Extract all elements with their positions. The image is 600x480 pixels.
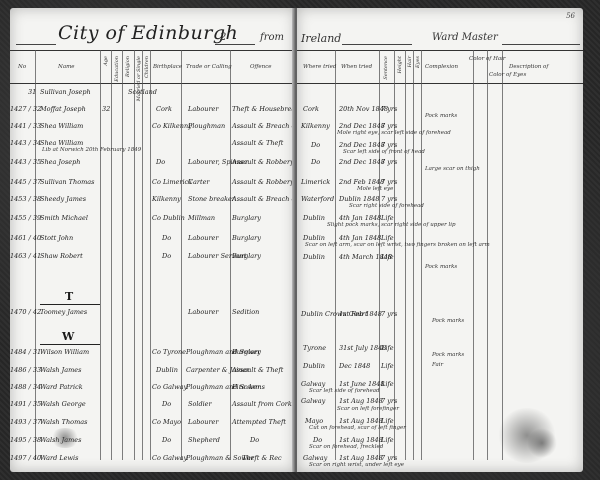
page-title: City of Edinburgh (58, 22, 238, 44)
row-birthplace: Dublin (156, 366, 178, 374)
row-sentence: Life (381, 253, 394, 261)
row-where: Dublin (303, 253, 325, 261)
row-sentence: 7 yrs (381, 105, 397, 113)
col-header-where-tried: Where tried (303, 64, 336, 70)
row-name: Toomey James (40, 308, 87, 316)
title-rule (342, 44, 412, 45)
row-sentence: Life (381, 214, 394, 222)
row-birthplace: Co Kilkenny (152, 122, 192, 130)
row-where: Do (311, 158, 320, 166)
row-sentence: 7 yrs (381, 122, 397, 130)
row-age: 32 (102, 105, 110, 113)
column-divider (335, 50, 336, 460)
column-divider (142, 50, 143, 460)
column-divider (413, 50, 414, 460)
row-where: Limerick (301, 178, 330, 186)
row-trade: Stone breaker (188, 195, 235, 203)
row-marks: Large scar on thigh (425, 166, 480, 172)
page-number: 56 (566, 12, 575, 20)
col-header-birthplace: Birthplace (153, 64, 182, 70)
row-when: 1st Aug 1848 (339, 436, 383, 444)
row-offence: Fire Arms (232, 383, 265, 391)
row-where: Do (313, 436, 322, 444)
row-no: 1488 / 34 (10, 383, 41, 391)
row-sentence: Life (381, 344, 394, 352)
row-where: Dublin (303, 214, 325, 222)
row-marks: Fair (432, 362, 443, 368)
row-no: 1470 / 42 (10, 308, 41, 316)
col-header-color-eyes: Color of Eyes (489, 72, 526, 78)
row-when: 4th Jan 1848 (339, 214, 381, 222)
row-name: Shea William (40, 139, 83, 147)
register-left-page: City of Edinburgh 2 from No Name Age Edu… (10, 8, 295, 472)
row-sentence: 7 yrs (381, 141, 397, 149)
column-divider (150, 50, 151, 460)
row-birthplace: Do (162, 436, 171, 444)
row-offence: Do (250, 436, 259, 444)
row-name: Wilson William (40, 348, 89, 356)
row-trade: Labourer (188, 234, 219, 242)
row-name: Moffat Joseph (40, 105, 86, 113)
row-offence: Theft & Rec (242, 454, 282, 462)
row-name: Ward Patrick (40, 383, 83, 391)
row-where: Cork (303, 105, 319, 113)
row-name: Shea Joseph (40, 158, 80, 166)
row-offence: Burglary (232, 234, 261, 242)
col-header-no: No (18, 64, 26, 70)
row-no: 1443 / 35 (10, 158, 41, 166)
row-trade: Soldier (188, 400, 212, 408)
row-marks: Scar left side of forehead (309, 388, 380, 394)
row-trade: Shepherd (188, 436, 220, 444)
row-name: Sullivan Thomas (40, 178, 95, 186)
row-marks: Scar on left arm, scar on left wrist, tw… (305, 242, 490, 248)
row-birthplace: Co Limerick (152, 178, 192, 186)
row-sentence: Life (381, 362, 394, 370)
section-rule (40, 304, 100, 305)
row-birthplace: Co Tyrone (152, 348, 186, 356)
row-marks: Scar on left forefinger (337, 406, 399, 412)
row-offence: Assault & Robbery (232, 158, 294, 166)
row-extra: Scotland (128, 88, 157, 96)
col-header-height: Height (397, 56, 403, 73)
col-header-age: Age (103, 56, 109, 66)
row-trade: Millman (188, 214, 215, 222)
row-no: 1463 / 41 (10, 252, 41, 260)
row-name: Walsh Thomas (40, 418, 87, 426)
row-no: 1461 / 40 (10, 234, 41, 242)
row-birthplace: Co Galway (152, 383, 187, 391)
row-when: 4th Jan 1848 (339, 234, 381, 242)
row-when: Dec 1848 (339, 362, 370, 370)
col-header-education: Education (114, 56, 120, 82)
row-trade: Carter (188, 178, 210, 186)
water-stain (527, 428, 557, 458)
row-trade: Ploughman (188, 122, 225, 130)
column-divider (502, 50, 503, 460)
row-birthplace: Co Mayo (152, 418, 181, 426)
row-birthplace: Cork (156, 105, 172, 113)
row-sentence: Life (381, 436, 394, 444)
row-marks: Pock marks (432, 352, 464, 358)
title-trailing: from (260, 32, 284, 43)
row-name: Sheedy James (40, 195, 86, 203)
row-where: Waterford (301, 195, 334, 203)
row-note: Lib at Norwich 20th February 1849 (42, 147, 141, 153)
row-birthplace: Do (162, 400, 171, 408)
row-name: Stott John (40, 234, 73, 242)
row-birthplace: Co Galway (152, 454, 187, 462)
row-name: Shea William (40, 122, 83, 130)
row-when: 2nd Feb 1848 (339, 178, 384, 186)
register-right-page: 56 Ireland Ward Master Where tried When … (297, 8, 583, 472)
title-prefix: Ireland (301, 32, 341, 45)
row-when: 1st Aug 1848 (339, 397, 383, 405)
col-header-eyes: Eyes (415, 56, 421, 68)
row-no: 31 (28, 88, 36, 96)
ink-stain (50, 428, 80, 448)
row-where: Galway (301, 397, 325, 405)
row-name: Walsh George (40, 400, 86, 408)
row-no: 1497 / 40 (10, 454, 41, 462)
column-divider (181, 50, 182, 460)
row-sentence: 7 yrs (381, 397, 397, 405)
column-divider (421, 50, 422, 460)
row-where: Galway (301, 380, 325, 388)
row-trade: Labourer (188, 308, 219, 316)
row-offence: Assault & Breach of peace (232, 195, 295, 203)
row-marks: Slight pock marks, scar right side of up… (327, 222, 456, 228)
row-marks: Pock marks (425, 113, 457, 119)
row-sentence: 7 yrs (381, 178, 397, 186)
row-when: 1st Feb 1848 (339, 310, 382, 318)
row-marks: Scar left side of front of head (343, 149, 425, 155)
row-sentence: Life (381, 234, 394, 242)
row-marks: Pock marks (425, 264, 457, 270)
row-when: 2nd Dec 1848 (339, 141, 385, 149)
row-name: Walsh James (40, 366, 82, 374)
col-header-complexion: Complexion (425, 64, 458, 70)
row-no: 1453 / 38 (10, 195, 41, 203)
column-divider (473, 50, 474, 460)
row-marks: Scar right side of forehead (349, 203, 424, 209)
row-when: 31st July 1848 (339, 344, 386, 352)
col-header-offence: Offence (250, 64, 272, 70)
row-offence: Sedition (232, 308, 259, 316)
column-divider (134, 50, 135, 460)
row-sentence: Life (381, 417, 394, 425)
row-no: 1441 / 33 (10, 122, 41, 130)
row-marks: Cut on forehead, scar of left finger (309, 425, 406, 431)
left-title-row: City of Edinburgh 2 from (10, 20, 295, 48)
row-offence: Burglary (232, 214, 261, 222)
title-suffix: 2 (220, 32, 226, 43)
row-birthplace: Do (162, 252, 171, 260)
row-when: 2nd Dec 1848 (339, 158, 385, 166)
row-sentence: 7 yrs (381, 158, 397, 166)
col-header-children: Children (144, 56, 150, 78)
row-trade: Labourer (188, 105, 219, 113)
row-where: Mayo (305, 417, 323, 425)
column-divider (100, 50, 101, 460)
row-marks: Mole left eye (357, 186, 393, 192)
col-header-color-hair: Color of Hair (469, 56, 506, 62)
row-name: Ward Lewis (40, 454, 78, 462)
row-offence: Assault & Theft (232, 139, 283, 147)
row-birthplace: Do (156, 158, 165, 166)
row-offence: Theft & Housebreaking (232, 105, 295, 113)
column-divider (122, 50, 123, 460)
row-no: 1484 / 31 (10, 348, 41, 356)
row-when: 1st Aug 1848 (339, 454, 383, 462)
row-sentence: 7 yrs (381, 195, 397, 203)
right-title-row: Ireland Ward Master (297, 20, 583, 48)
row-marks: Mole right eye, scar left side of forehe… (337, 130, 451, 136)
col-header-religion: Religion (125, 56, 131, 77)
row-where: Do (311, 141, 320, 149)
row-when: 1st June 1848 (339, 380, 385, 388)
row-marks: Scar on right wrist, under left eye (309, 462, 404, 468)
row-marks: Pock marks (432, 318, 464, 324)
row-where: Galway (303, 454, 327, 462)
row-sentence: 7 yrs (381, 310, 397, 318)
row-no: 1493 / 37 (10, 418, 41, 426)
row-name: Smith Michael (40, 214, 88, 222)
column-divider (111, 50, 112, 460)
row-when: 2nd Dec 1848 (339, 122, 385, 130)
title-rule (215, 44, 255, 45)
row-marks: Scar on forehead, freckled (309, 444, 383, 450)
row-where: Tyrone (303, 344, 326, 352)
row-birthplace: Do (162, 234, 171, 242)
section-letter-w: W (62, 330, 74, 343)
row-sentence: 7 yrs (381, 454, 397, 462)
row-offence: Assault & Theft (232, 366, 283, 374)
col-header-trade: Trade or Calling (186, 64, 232, 70)
row-when: Dublin 1848 (339, 195, 380, 203)
row-birthplace: Kilkenny (152, 195, 181, 203)
section-letter-t: T (65, 290, 73, 303)
row-no: 1445 / 37 (10, 178, 41, 186)
row-sentence: Life (381, 380, 394, 388)
row-no: 1491 / 35 (10, 400, 41, 408)
row-offence: Assault & Breach of peace (232, 122, 295, 130)
section-rule (40, 344, 100, 345)
row-where: Kilkenny (301, 122, 330, 130)
col-header-sentence: Sentence (383, 56, 389, 80)
row-offence: Assault & Robbery (232, 178, 294, 186)
col-header-name: Name (58, 64, 75, 70)
row-offence: Attempted Theft (232, 418, 286, 426)
col-header-hair: Hair (407, 56, 413, 67)
title-rule (16, 44, 56, 45)
row-offence: Burglary (232, 348, 261, 356)
row-name: Sullivan Joseph (40, 88, 91, 96)
row-birthplace: Co Dublin (152, 214, 185, 222)
row-when: 1st Aug 1848 (339, 417, 383, 425)
title-middle: Ward Master (432, 32, 498, 43)
row-name: Shaw Robert (40, 252, 83, 260)
row-where: Dublin (303, 362, 325, 370)
row-where: Dublin (303, 234, 325, 242)
row-offence: Assault from Cork (232, 400, 292, 408)
col-header-description: Description of (509, 64, 548, 70)
row-no: 1455 / 39 (10, 214, 41, 222)
row-no: 1443 / 34 (10, 139, 41, 147)
row-offence: Burglary (232, 252, 261, 260)
row-trade: Labourer (188, 418, 219, 426)
row-no: 1427 / 32 (10, 105, 41, 113)
column-divider (487, 50, 488, 460)
row-no: 1486 / 33 (10, 366, 41, 374)
col-header-when-tried: When tried (341, 64, 372, 70)
column-divider (405, 50, 406, 460)
row-no: 1495 / 38 (10, 436, 41, 444)
title-rule (502, 44, 580, 45)
